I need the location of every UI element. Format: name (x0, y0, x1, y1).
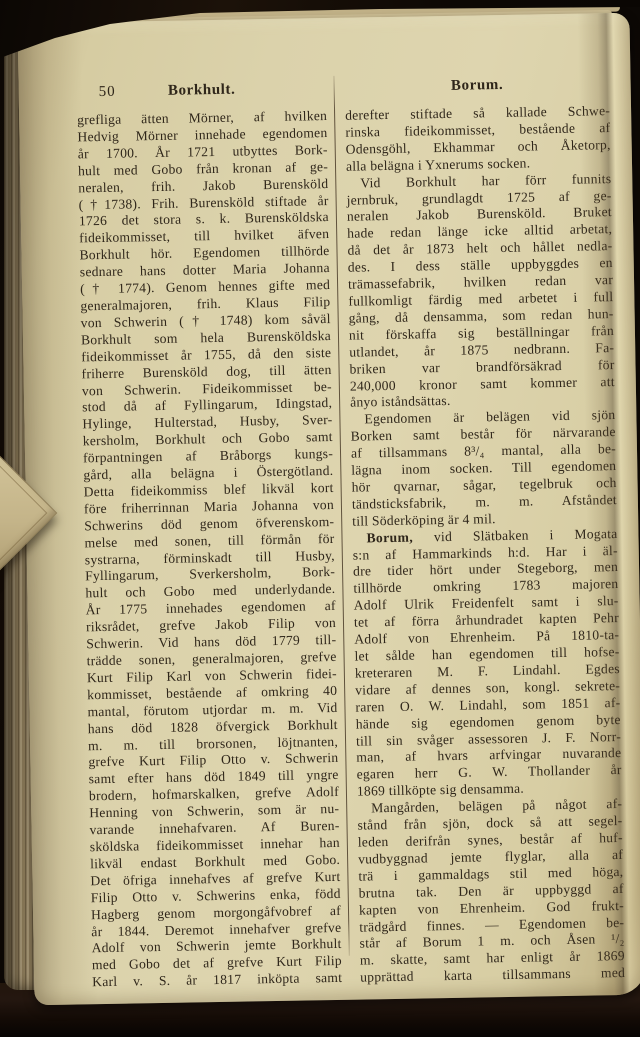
entry-title: Borum, (366, 529, 413, 545)
paragraph: grefliga ätten Mörner, af hvilkenHedvig … (77, 108, 342, 991)
paragraph: Egendomen är belägen vid sjönBorken samt… (350, 407, 617, 530)
text-column-left: grefliga ätten Mörner, af hvilkenHedvig … (77, 108, 342, 991)
running-header-row: 50 Borkhult. Borum. (77, 75, 610, 104)
scanned-book-page: 50 Borkhult. Borum. grefliga ätten Mörne… (0, 0, 640, 1037)
paragraph: derefter stiftade så kallade Schwe-rinsk… (345, 103, 611, 175)
paragraph: Borum, vid Slätbaken i Mogatas:n af Hamm… (352, 526, 622, 801)
paragraph: Mangården, belägen på något af-stånd frå… (357, 796, 625, 987)
book-page: 50 Borkhult. Borum. grefliga ätten Mörne… (17, 13, 640, 1006)
paragraph: Vid Borkhult har förr funnitsjernbruk, g… (346, 171, 615, 412)
running-header-left: Borkhult. (77, 80, 327, 101)
page-content: 50 Borkhult. Borum. grefliga ätten Mörne… (76, 41, 625, 980)
text-line: Karl v. S. år 1817 inköpta samt (92, 970, 342, 991)
text-line: upprättad karta tillsammans med (360, 965, 625, 987)
text-column-right: derefter stiftade så kallade Schwe-rinsk… (345, 103, 625, 987)
running-header-right: Borum. (345, 75, 610, 97)
